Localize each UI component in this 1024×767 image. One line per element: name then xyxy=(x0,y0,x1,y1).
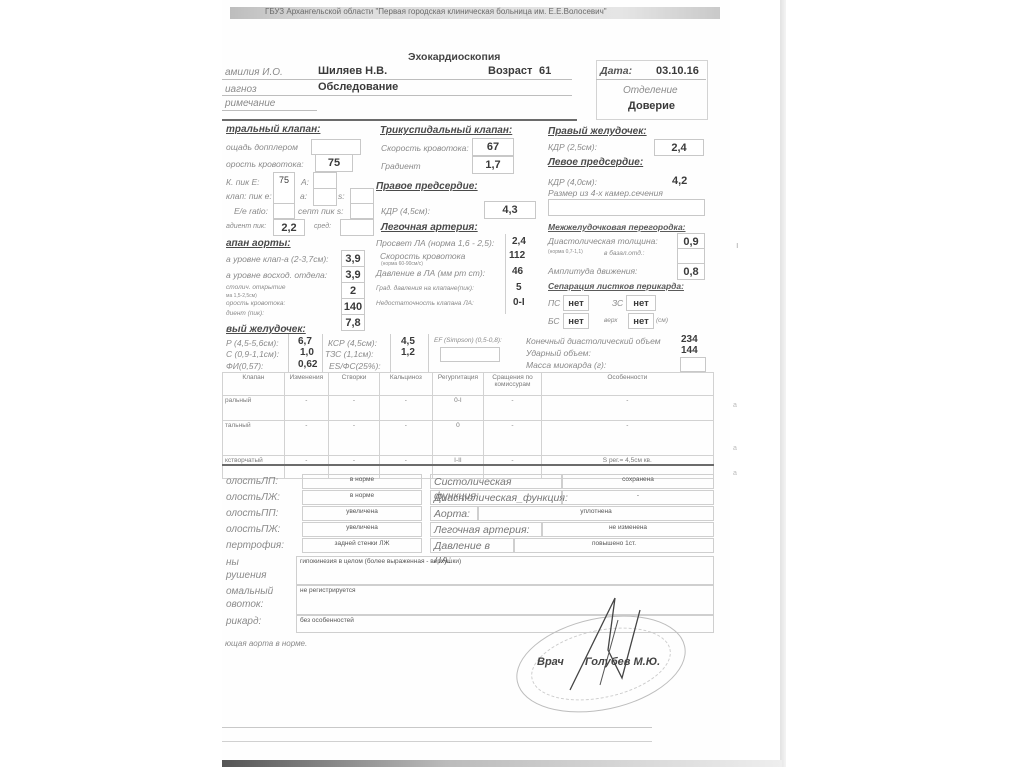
mitral-ea-box xyxy=(273,203,295,219)
pa-pressure-label: Давление в ЛА (мм рт ст): xyxy=(376,268,485,278)
aortic-velocity-value: 140 xyxy=(341,298,365,315)
pericard-zs-value: нет xyxy=(626,295,656,311)
table-row: ральный---0-I-- xyxy=(223,396,714,421)
summary-right-label: Аорта: xyxy=(430,506,478,521)
mitral-velocity-label: орость кровотока: xyxy=(226,159,304,169)
department-value: Доверие xyxy=(628,100,675,112)
aortic-title: апан аорты: xyxy=(226,238,291,249)
scan-bottom-edge xyxy=(222,760,782,767)
summary-right-label: Давление в ЛА: xyxy=(430,538,514,553)
pa-lumen-value: 2,4 xyxy=(512,236,526,247)
summary-left-value: в норме xyxy=(302,490,422,505)
scan-mark: a xyxy=(733,445,737,452)
summary-right-value: повышено 1ст. xyxy=(514,538,714,553)
aortic-level-valve-label: а уровне клап-а (2-3,7см): xyxy=(226,254,329,264)
scan-mark: a xyxy=(733,402,737,409)
aortic-velocity-label: орость кровотока: xyxy=(226,300,285,307)
patient-age: 61 xyxy=(539,65,551,77)
pa-lumen-label: Просвет ЛА (норма 1,6 - 2,5): xyxy=(376,238,494,248)
summary-wide-label: рикард: xyxy=(226,616,261,627)
pericard-zs-label: ЗС xyxy=(612,298,623,308)
summary-wide-label: овоток: xyxy=(226,599,263,610)
septum-basal-label: в базал.отд.: xyxy=(604,250,644,257)
doctor-name: Голубев М.Ю. xyxy=(585,656,660,668)
summary-left-label: пертрофия: xyxy=(226,540,284,551)
name-label: амилия И.О. xyxy=(225,67,283,78)
summary-wide-label: ны xyxy=(226,557,239,568)
la-size4-box xyxy=(548,199,705,216)
summary-left-value: увеличена xyxy=(302,506,422,521)
mitral-grad-mean-box xyxy=(340,219,374,236)
date-label: Дата: xyxy=(600,65,632,77)
tricuspid-grad-label: Градиент xyxy=(381,161,421,171)
lv-mzhp-label: С (0,9-1,1см): xyxy=(226,349,279,359)
pa-grad-value: 5 xyxy=(516,282,522,293)
septum-ampl-value: 0,8 xyxy=(677,263,705,280)
summary-left-value: в норме xyxy=(302,474,422,489)
table-header: Клапан xyxy=(223,373,285,396)
pa-velocity-label: Скорость кровотока xyxy=(380,251,465,261)
summary-right-label: Легочная артерия: xyxy=(430,522,542,537)
ra-kdr-value: 4,3 xyxy=(484,201,536,219)
table-header: Особенности xyxy=(541,373,713,396)
lv-mass-label: Масса миокарда (г): xyxy=(526,360,606,370)
pericard-unit: (см) xyxy=(656,317,668,324)
pa-velocity-norm: (норма 60-90см/с) xyxy=(381,261,423,267)
pericard-bs-value: нет xyxy=(563,313,589,329)
summary-right-value: - xyxy=(562,490,714,505)
mitral-title: тральный клапан: xyxy=(226,124,320,135)
rv-kdr-value: 2,4 xyxy=(654,139,704,156)
pa-title: Легочная артерия: xyxy=(381,222,478,233)
pa-insuff-label: Недостаточность клапана ЛА: xyxy=(376,300,474,307)
mitral-sept-box xyxy=(350,203,374,219)
septum-title: Межжелудочковая перегородка: xyxy=(548,222,686,232)
summary-left-label: олостьЛЖ: xyxy=(226,492,280,503)
table-header: Створки xyxy=(328,373,379,396)
summary-wide-value: гипокинезия в целом (более выраженная - … xyxy=(296,556,714,585)
lv-kdr-label: Р (4,5-5,6см): xyxy=(226,338,279,348)
lv-sv-label: Ударный объем: xyxy=(526,348,591,358)
mitral-tdi-label: клап: пик e: xyxy=(226,191,272,201)
aortic-opening-norm: ма 1,5-2,5см) xyxy=(226,293,257,299)
la-size4-label: Размер из 4-х камер.сечения xyxy=(548,188,663,198)
mitral-area-label: ощадь допплером xyxy=(226,142,298,152)
mitral-ea-label: E/e ratio: xyxy=(234,206,268,216)
signature-scribble xyxy=(560,590,650,700)
pericard-ps-label: ПС xyxy=(548,298,560,308)
document-title: Эхокардиоскопия xyxy=(408,51,500,63)
lv-ksr-label: КСР (4,5см): xyxy=(328,338,377,348)
septum-diast-norm: (норма 0,7-1,1) xyxy=(548,249,583,255)
summary-right-value: уплотнена xyxy=(478,506,714,521)
patient-name: Шиляев Н.В. xyxy=(318,65,387,77)
la-kdr-label: КДР (4,0см): xyxy=(548,177,597,187)
footnote: ющая аорта в норме. xyxy=(225,639,307,648)
pericard-top-label: верх xyxy=(604,317,618,324)
pericard-ps-value: нет xyxy=(563,295,589,311)
lv-edv-value: 234 xyxy=(681,334,698,345)
septum-ampl-label: Амплитуда движения: xyxy=(548,266,637,276)
septum-diast-label: Диастолическая толщина: xyxy=(548,236,658,246)
summary-left-label: олостьЛП: xyxy=(226,476,278,487)
tricuspid-velocity-value: 67 xyxy=(472,138,514,156)
lv-edv-label: Конечный диастолический объем xyxy=(526,336,661,346)
mitral-grad-mean-label: сред: xyxy=(314,223,331,230)
ra-kdr-label: КДР (4,5см): xyxy=(381,206,430,216)
table-header: Кальциноз xyxy=(380,373,432,396)
summary-wide-label: рушения xyxy=(226,570,267,581)
pericard-bs-label: БС xyxy=(548,316,559,326)
page-edge xyxy=(780,0,786,767)
diagnosis-label: иагноз xyxy=(225,84,257,95)
mitral-a2-label: a: xyxy=(300,191,307,201)
pa-pressure-value: 46 xyxy=(512,266,523,277)
institution-name: ГБУЗ Архангельской области "Первая город… xyxy=(265,7,607,16)
pa-velocity-value: 112 xyxy=(509,250,525,261)
scan-mark: ı xyxy=(736,240,739,250)
lv-tzs-value: 1,2 xyxy=(401,347,415,358)
lv-mzhp-value: 1,0 xyxy=(300,347,314,358)
table-row: тальный---0-- xyxy=(223,421,714,456)
lv-mass-box xyxy=(680,357,706,372)
mitral-a-label: A: xyxy=(301,177,309,187)
mitral-s-label: s: xyxy=(338,191,345,201)
table-header: Регургитация xyxy=(432,373,484,396)
aortic-opening-value: 2 xyxy=(341,282,365,299)
table-header: Изменения xyxy=(284,373,328,396)
note-label: римечание xyxy=(225,98,275,109)
aortic-grad-label: диент (пик): xyxy=(226,310,264,317)
scan-mark: a xyxy=(733,470,737,477)
pa-insuff-value: 0-I xyxy=(513,297,525,308)
pa-grad-label: Град. давления на клапане(пик): xyxy=(376,285,474,292)
mitral-grad-value: 2,2 xyxy=(273,219,305,236)
diagnosis: Обследование xyxy=(318,81,398,93)
pericard-title: Сепарация листков перикарда: xyxy=(548,281,684,291)
mitral-velocity-value: 75 xyxy=(315,154,353,172)
summary-right-label: Систолическая функция: xyxy=(430,474,562,489)
lv-ef-box xyxy=(440,347,500,362)
tricuspid-velocity-label: Скорость кровотока: xyxy=(381,143,469,153)
mitral-a2-box xyxy=(313,188,337,206)
rv-kdr-label: КДР (2,5см): xyxy=(548,142,597,152)
ra-title: Правое предсердие: xyxy=(376,181,478,192)
summary-right-value: сохранена xyxy=(562,474,714,489)
summary-left-label: олостьПЖ: xyxy=(226,524,280,535)
summary-wide-label: омальный xyxy=(226,586,273,597)
aortic-grad-value: 7,8 xyxy=(341,314,365,331)
aortic-level-asc-label: а уровне восход. отдела: xyxy=(226,270,327,280)
lv-sv-value: 144 xyxy=(681,345,698,356)
summary-right-value: не изменена xyxy=(542,522,714,537)
aortic-level-asc-value: 3,9 xyxy=(341,266,365,283)
aortic-level-valve-value: 3,9 xyxy=(341,250,365,267)
mitral-area-value xyxy=(311,139,361,155)
doctor-role: Врач xyxy=(537,656,564,668)
rv-title: Правый желудочек: xyxy=(548,126,647,137)
lv-fi-label: ФИ(0,57): xyxy=(226,361,263,371)
lv-ksr-value: 4,5 xyxy=(401,336,415,347)
pericard-top-value: нет xyxy=(628,313,654,329)
lv-title: вый желудочек: xyxy=(226,324,306,335)
valves-table: КлапанИзмененияСтворкиКальцинозРегургита… xyxy=(222,372,714,479)
department-label: Отделение xyxy=(623,85,678,96)
table-header: Сращения по комиссурам xyxy=(484,373,541,396)
summary-left-label: олостьПП: xyxy=(226,508,278,519)
lv-fi-value: 0,62 xyxy=(298,359,317,370)
summary-left-value: увеличена xyxy=(302,522,422,537)
lv-tzs-label: ТЗС (1,1см): xyxy=(325,349,374,359)
la-kdr-value: 4,2 xyxy=(672,175,687,187)
mitral-sept-label: септ пик s: xyxy=(298,206,344,216)
la-title: Левое предсердие: xyxy=(548,157,643,168)
lv-ef-label: EF (Simpson) (0,5-0,8): xyxy=(434,337,502,344)
tricuspid-title: Трикуспидальный клапан: xyxy=(380,125,512,136)
aortic-opening-label: столич. открытие xyxy=(226,284,285,291)
date-value: 03.10.16 xyxy=(656,65,699,77)
tricuspid-grad-value: 1,7 xyxy=(472,156,514,174)
summary-left-value: задней стенки ЛЖ xyxy=(302,538,422,553)
mitral-peak-e-label: К. пик E: xyxy=(226,177,260,187)
summary-right-label: Диастолическая_функция: xyxy=(430,490,562,505)
mitral-grad-label: адиент пик: xyxy=(226,223,266,230)
lv-esfs-label: ES/ФС(25%): xyxy=(329,361,381,371)
lv-kdr-value: 6,7 xyxy=(298,336,312,347)
age-label: Возраст xyxy=(488,65,532,77)
summary-wide-value: не регистрируется xyxy=(296,585,714,615)
